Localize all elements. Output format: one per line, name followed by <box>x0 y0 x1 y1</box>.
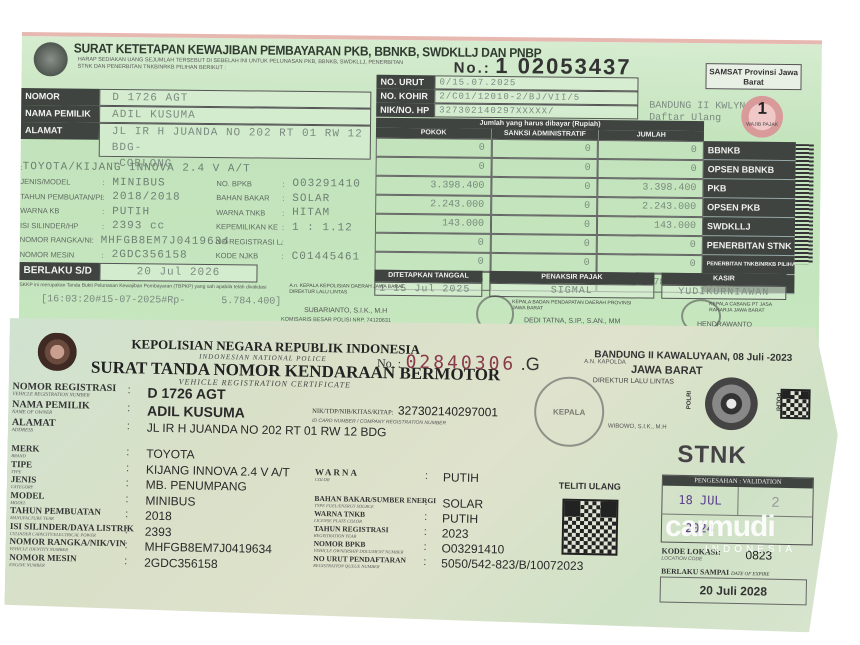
label-no-kohir: NO. KOHIR <box>376 89 434 104</box>
qr-code-icon <box>561 499 618 556</box>
nik-field: NIK/TDP/NIB/KITAS/KITAP: 327302140297001… <box>312 400 498 428</box>
label-nik: NIK/NO. HP <box>376 103 434 118</box>
issuer-name: WIBOWO, S.I.K., M.H <box>608 424 667 431</box>
stnk-number: No. : 02840306 .G <box>377 351 540 375</box>
label-berlaku: BERLAKU S/D <box>19 262 99 281</box>
vehicle-details-left: MERK/TYPE:TOYOTA/KIJANG INNOVA 2.4 V A/T… <box>20 160 231 264</box>
alamat-value: JL IR H JUANDA NO 202 RT 01 RW 12 BDG- -… <box>99 123 371 160</box>
polri-side-label: POLRI <box>686 391 692 409</box>
validation-print: [16:03:20#15-07-2025#Rp- 5.784.400] <box>41 294 281 308</box>
issuer-role: DIREKTUR LALU LINTAS <box>593 377 674 386</box>
signature-1-name: SUBARIANTO, S.I.K., M.H <box>304 307 387 315</box>
carmudi-watermark: carmudi INDONESIA <box>665 510 796 555</box>
issuer-an: A.N. KAPOLDA <box>584 359 626 366</box>
berlaku-value: 20 Jul 2026 <box>99 263 257 283</box>
vehicle-row: KODE NJKB:C01445461 <box>216 249 376 265</box>
nik-value: 327302140297XXXXX/ <box>434 103 638 119</box>
label-alamat: ALAMAT <box>21 122 99 140</box>
berlaku-sampai-value: 20 Juli 2028 <box>660 577 807 606</box>
skkp-footnote: SKKP ini merupakan Tanda Bukti Pelunasan… <box>19 282 289 291</box>
polri-emblem-icon <box>37 333 78 372</box>
penaksir-value: SIGMAL <box>489 283 654 299</box>
kasir-value: YUDIKURNIAWAN <box>661 285 786 300</box>
vehicle-row: NOMOR MESIN:2GDC356158 <box>20 247 230 264</box>
skkp-slip: SURAT KETETAPAN KEWAJIBAN PEMBAYARAN PKB… <box>19 32 822 344</box>
label-no-urut: NO. URUT <box>376 75 434 90</box>
qr-code-icon <box>780 389 811 420</box>
issuer-region: JAWA BARAT <box>631 364 703 377</box>
vehicle-row: KEPEMILIKAN KE:1 : 1.12 <box>216 220 376 236</box>
samsat-logo-icon <box>34 42 68 76</box>
label-nama-pemilik: NAMA PEMILIK <box>21 105 99 123</box>
wajib-pajak-badge: 1 WAJIB PAJAK <box>741 96 783 138</box>
barcode-icon <box>795 144 814 264</box>
location-value: BANDUNG II KWLYN <box>649 101 745 113</box>
signature-1-title: A.n. KEPALA KEPOLISIAN DAERAH JAWA BARAT… <box>289 283 419 296</box>
vehicle-row: WARNA TNKB:HITAM <box>216 205 376 221</box>
signature-2-name: DEDI TATNA, S.IP., S.AN., MM <box>524 317 620 325</box>
vehicle-details-right: NO. BPKB:O03291410BAHAN BAKAR:SOLARWARNA… <box>216 176 377 265</box>
samsat-box: SAMSAT Provinsi Jawa Barat <box>705 63 801 90</box>
label-nomor-registrasi: NOMOR REGISTRASI <box>21 88 99 106</box>
skkp-subtitle: HARAP SEDIAKAN UANG SEJUMLAH TERSEBUT DI… <box>78 57 408 74</box>
teliti-ulang-label: TELITI ULANG <box>559 481 621 492</box>
stnk-card: KEPOLISIAN NEGARA REPUBLIK INDONESIA IND… <box>4 312 840 633</box>
vehicle-row: NO REGISTRASI LAMA: <box>216 234 376 250</box>
polri-badge-icon <box>698 375 765 438</box>
label-ditetapkan: DITETAPKAN TANGGAL <box>374 270 482 283</box>
signature-3-title: KEPALA CABANG PT JASA RAHARJA JAWA BARAT <box>709 301 789 314</box>
vehicle-row: NO. BPKB:O03291410 <box>216 176 376 192</box>
signature-2-title: KEPALA BADAN PENDAPATAN DAERAH PROVINSI … <box>512 299 632 312</box>
vehicle-row: BAHAN BAKAR:SOLAR <box>216 191 376 207</box>
stnk-logo: STNK <box>677 441 747 470</box>
